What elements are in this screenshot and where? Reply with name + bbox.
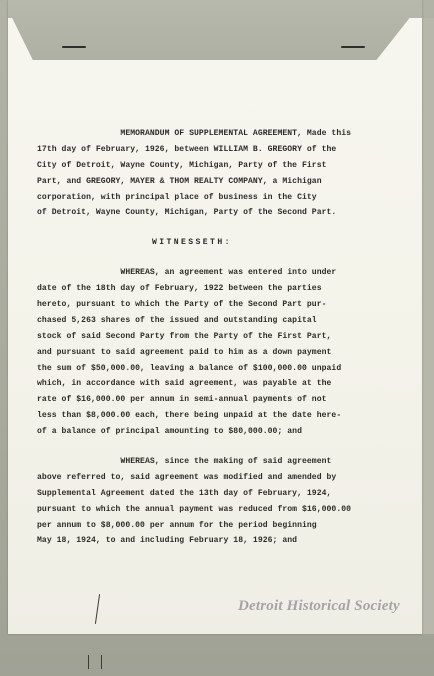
typed-memorandum: MEMORANDUM OF SUPPLEMENTAL AGREEMENT, Ma… bbox=[37, 126, 417, 549]
text-line: WHEREAS, an agreement was entered into u… bbox=[37, 265, 417, 281]
text-line: date of the 18th day of February, 1922 b… bbox=[37, 281, 417, 297]
text-line: Part, and GREGORY, MAYER & THOM REALTY C… bbox=[37, 174, 417, 190]
staple-right-icon bbox=[341, 46, 365, 48]
paragraph-whereas-1: WHEREAS, an agreement was entered into u… bbox=[37, 265, 417, 440]
text-line: stock of said Second Party from the Part… bbox=[37, 329, 417, 345]
text-line: the sum of $50,000.00, leaving a balance… bbox=[37, 361, 417, 377]
text-line: of a balance of principal amounting to $… bbox=[37, 424, 417, 440]
text-line: rate of $16,000.00 per annum in semi-ann… bbox=[37, 392, 417, 408]
text-line: City of Detroit, Wayne County, Michigan,… bbox=[37, 158, 417, 174]
text-line: less than $8,000.00 each, there being un… bbox=[37, 408, 417, 424]
text-line: 17th day of February, 1926, between WILL… bbox=[37, 142, 417, 158]
paragraph-whereas-2: WHEREAS, since the making of said agreem… bbox=[37, 454, 417, 549]
paragraph-intro: MEMORANDUM OF SUPPLEMENTAL AGREEMENT, Ma… bbox=[37, 126, 417, 221]
backing-page-edge bbox=[421, 18, 434, 634]
witnesseth-heading: WITNESSETH: bbox=[37, 235, 417, 251]
text-line: of Detroit, Wayne County, Michigan, Part… bbox=[37, 205, 417, 221]
text-line: above referred to, said agreement was mo… bbox=[37, 470, 417, 486]
text-line: chased 5,263 shares of the issued and ou… bbox=[37, 313, 417, 329]
text-line: which, in accordance with said agreement… bbox=[37, 376, 417, 392]
text-line: WHEREAS, since the making of said agreem… bbox=[37, 454, 417, 470]
scratch-mark bbox=[101, 655, 102, 669]
text-line: hereto, pursuant to which the Party of t… bbox=[37, 297, 417, 313]
scratch-mark bbox=[88, 655, 89, 669]
staple-left-icon bbox=[62, 46, 86, 48]
watermark-detroit-historical-society: Detroit Historical Society bbox=[238, 598, 400, 615]
text-line: corporation, with principal place of bus… bbox=[37, 190, 417, 206]
text-line: pursuant to which the annual payment was… bbox=[37, 502, 417, 518]
text-line: and pursuant to said agreement paid to h… bbox=[37, 345, 417, 361]
text-line: per annum to $8,000.00 per annum for the… bbox=[37, 518, 417, 534]
text-line: MEMORANDUM OF SUPPLEMENTAL AGREEMENT, Ma… bbox=[37, 126, 417, 142]
text-line: Supplemental Agreement dated the 13th da… bbox=[37, 486, 417, 502]
folded-top-flap bbox=[8, 0, 422, 60]
text-line: May 18, 1924, to and including February … bbox=[37, 533, 417, 549]
